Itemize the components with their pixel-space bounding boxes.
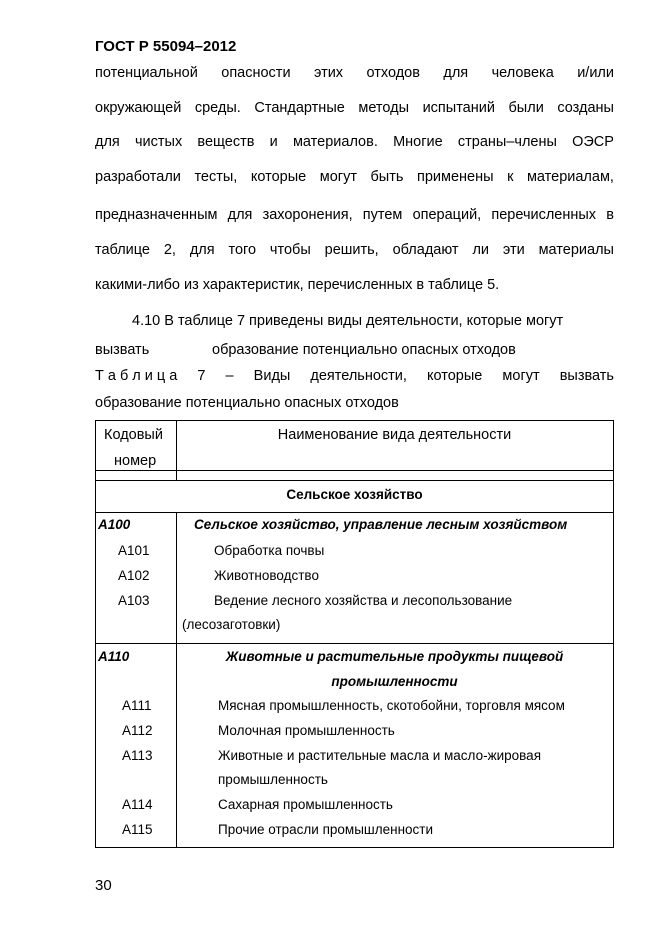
group-title-continued: промышленности	[176, 674, 613, 689]
section-title: Сельское хозяйство	[96, 487, 613, 502]
word: того	[228, 242, 256, 258]
column-header-name: Наименование вида деятельности	[176, 427, 613, 443]
word: испытаний	[423, 100, 495, 116]
row-name-continued: промышленность	[218, 772, 328, 787]
row-code: A101	[118, 543, 150, 558]
group-title: Сельское хозяйство, управление лесным хо…	[194, 517, 567, 532]
paragraph-line: таблице2,длятогочтобырешить,обладаютлиэт…	[95, 242, 614, 258]
word: чтобы	[270, 242, 311, 258]
section-4-10-line-2a: вызвать	[95, 342, 149, 358]
word: таблице	[95, 242, 150, 258]
caption-word: которые	[427, 368, 482, 384]
word: решить,	[325, 242, 379, 258]
row-name: Обработка почвы	[214, 543, 324, 558]
word: к	[507, 169, 513, 185]
word: материалы	[539, 242, 614, 258]
row-name: Сахарная промышленность	[218, 797, 393, 812]
paragraph-line: предназначеннымдлязахоронения,путемопера…	[95, 207, 614, 223]
caption-word: вызвать	[560, 368, 614, 384]
group-divider	[96, 643, 613, 644]
row-code: A111	[122, 698, 152, 713]
row-name-continued: (лесозаготовки)	[182, 617, 280, 632]
paragraph-line-last: какими-либо из характеристик, перечислен…	[95, 277, 499, 293]
header-divider	[96, 470, 613, 471]
table-caption: Т а б л и ц а7–Видыдеятельности,которыем…	[95, 368, 614, 384]
word: предназначенным	[95, 207, 217, 223]
document-id-header: ГОСТ Р 55094–2012	[95, 38, 236, 55]
caption-word: 7	[197, 368, 205, 384]
word: 2,	[164, 242, 176, 258]
word: перечисленных	[491, 207, 596, 223]
word: потенциальной	[95, 65, 198, 81]
word: быть	[371, 169, 404, 185]
paragraph-line: потенциальнойопасностиэтихотходовдлячело…	[95, 65, 614, 81]
row-name: Ведение лесного хозяйства и лесопользова…	[214, 593, 512, 608]
word: в	[606, 207, 614, 223]
word: созданы	[557, 100, 614, 116]
paragraph-line: длячистыхвеществиматериалов.Многиестраны…	[95, 134, 614, 150]
word: материалам,	[527, 169, 614, 185]
row-code: A114	[122, 797, 153, 812]
row-code: A103	[118, 593, 150, 608]
word: Стандартные	[254, 100, 344, 116]
paragraph-line: разработалитесты,которыемогутбытьпримене…	[95, 169, 614, 185]
word: Многие	[393, 134, 443, 150]
group-code: A100	[98, 517, 130, 532]
table-caption-line-2: образование потенциально опасных отходов	[95, 395, 399, 411]
word: чистых	[135, 134, 182, 150]
row-code: A113	[122, 748, 153, 763]
row-name: Молочная промышленность	[218, 723, 395, 738]
caption-word: могут	[502, 368, 539, 384]
word: которые	[251, 169, 306, 185]
word: были	[509, 100, 544, 116]
section-4-10-line-2b: образование потенциально опасных отходов	[212, 342, 516, 358]
word: захоронения,	[263, 207, 353, 223]
word: для	[95, 134, 120, 150]
header-divider-2	[96, 480, 613, 481]
caption-word: Виды	[254, 368, 291, 384]
row-code: A115	[122, 822, 153, 837]
word: человека	[492, 65, 554, 81]
word: обладают	[393, 242, 459, 258]
row-name: Прочие отрасли промышленности	[218, 822, 433, 837]
caption-word: Т а б л и ц а	[95, 368, 177, 384]
row-name: Животные и растительные масла и масло-жи…	[218, 748, 541, 763]
word: среды.	[195, 100, 241, 116]
word: опасности	[221, 65, 290, 81]
word: методы	[358, 100, 409, 116]
column-header-code-line2: номер	[114, 453, 156, 469]
activity-table: Кодовый номер Наименование вида деятельн…	[95, 420, 614, 848]
word: ли	[472, 242, 489, 258]
word: веществ	[197, 134, 254, 150]
page-number: 30	[95, 877, 112, 894]
word: применены	[417, 169, 494, 185]
word: ОЭСР	[572, 134, 614, 150]
row-code: A112	[122, 723, 153, 738]
section-divider	[96, 512, 613, 513]
word: отходов	[367, 65, 420, 81]
section-4-10-line-1: 4.10 В таблице 7 приведены виды деятельн…	[132, 313, 563, 329]
word: могут	[320, 169, 357, 185]
row-name: Мясная промышленность, скотобойни, торго…	[218, 698, 565, 713]
paragraph-line: окружающейсреды.Стандартныеметодыиспытан…	[95, 100, 614, 116]
word: путем	[363, 207, 403, 223]
row-code: A102	[118, 568, 150, 583]
word: окружающей	[95, 100, 181, 116]
word: эти	[503, 242, 525, 258]
word: и	[270, 134, 278, 150]
group-title: Животные и растительные продукты пищевой	[176, 649, 613, 664]
word: тесты,	[194, 169, 237, 185]
group-code: A110	[98, 649, 129, 664]
word: для	[228, 207, 253, 223]
word: разработали	[95, 169, 181, 185]
word: и/или	[577, 65, 614, 81]
row-name: Животноводство	[214, 568, 319, 583]
caption-word: –	[226, 368, 234, 384]
word: страны–члены	[458, 134, 557, 150]
word: для	[443, 65, 468, 81]
word: операций,	[413, 207, 482, 223]
word: для	[190, 242, 215, 258]
word: этих	[314, 65, 343, 81]
caption-word: деятельности,	[310, 368, 407, 384]
column-header-code: Кодовый	[104, 427, 163, 443]
word: материалов.	[293, 134, 378, 150]
